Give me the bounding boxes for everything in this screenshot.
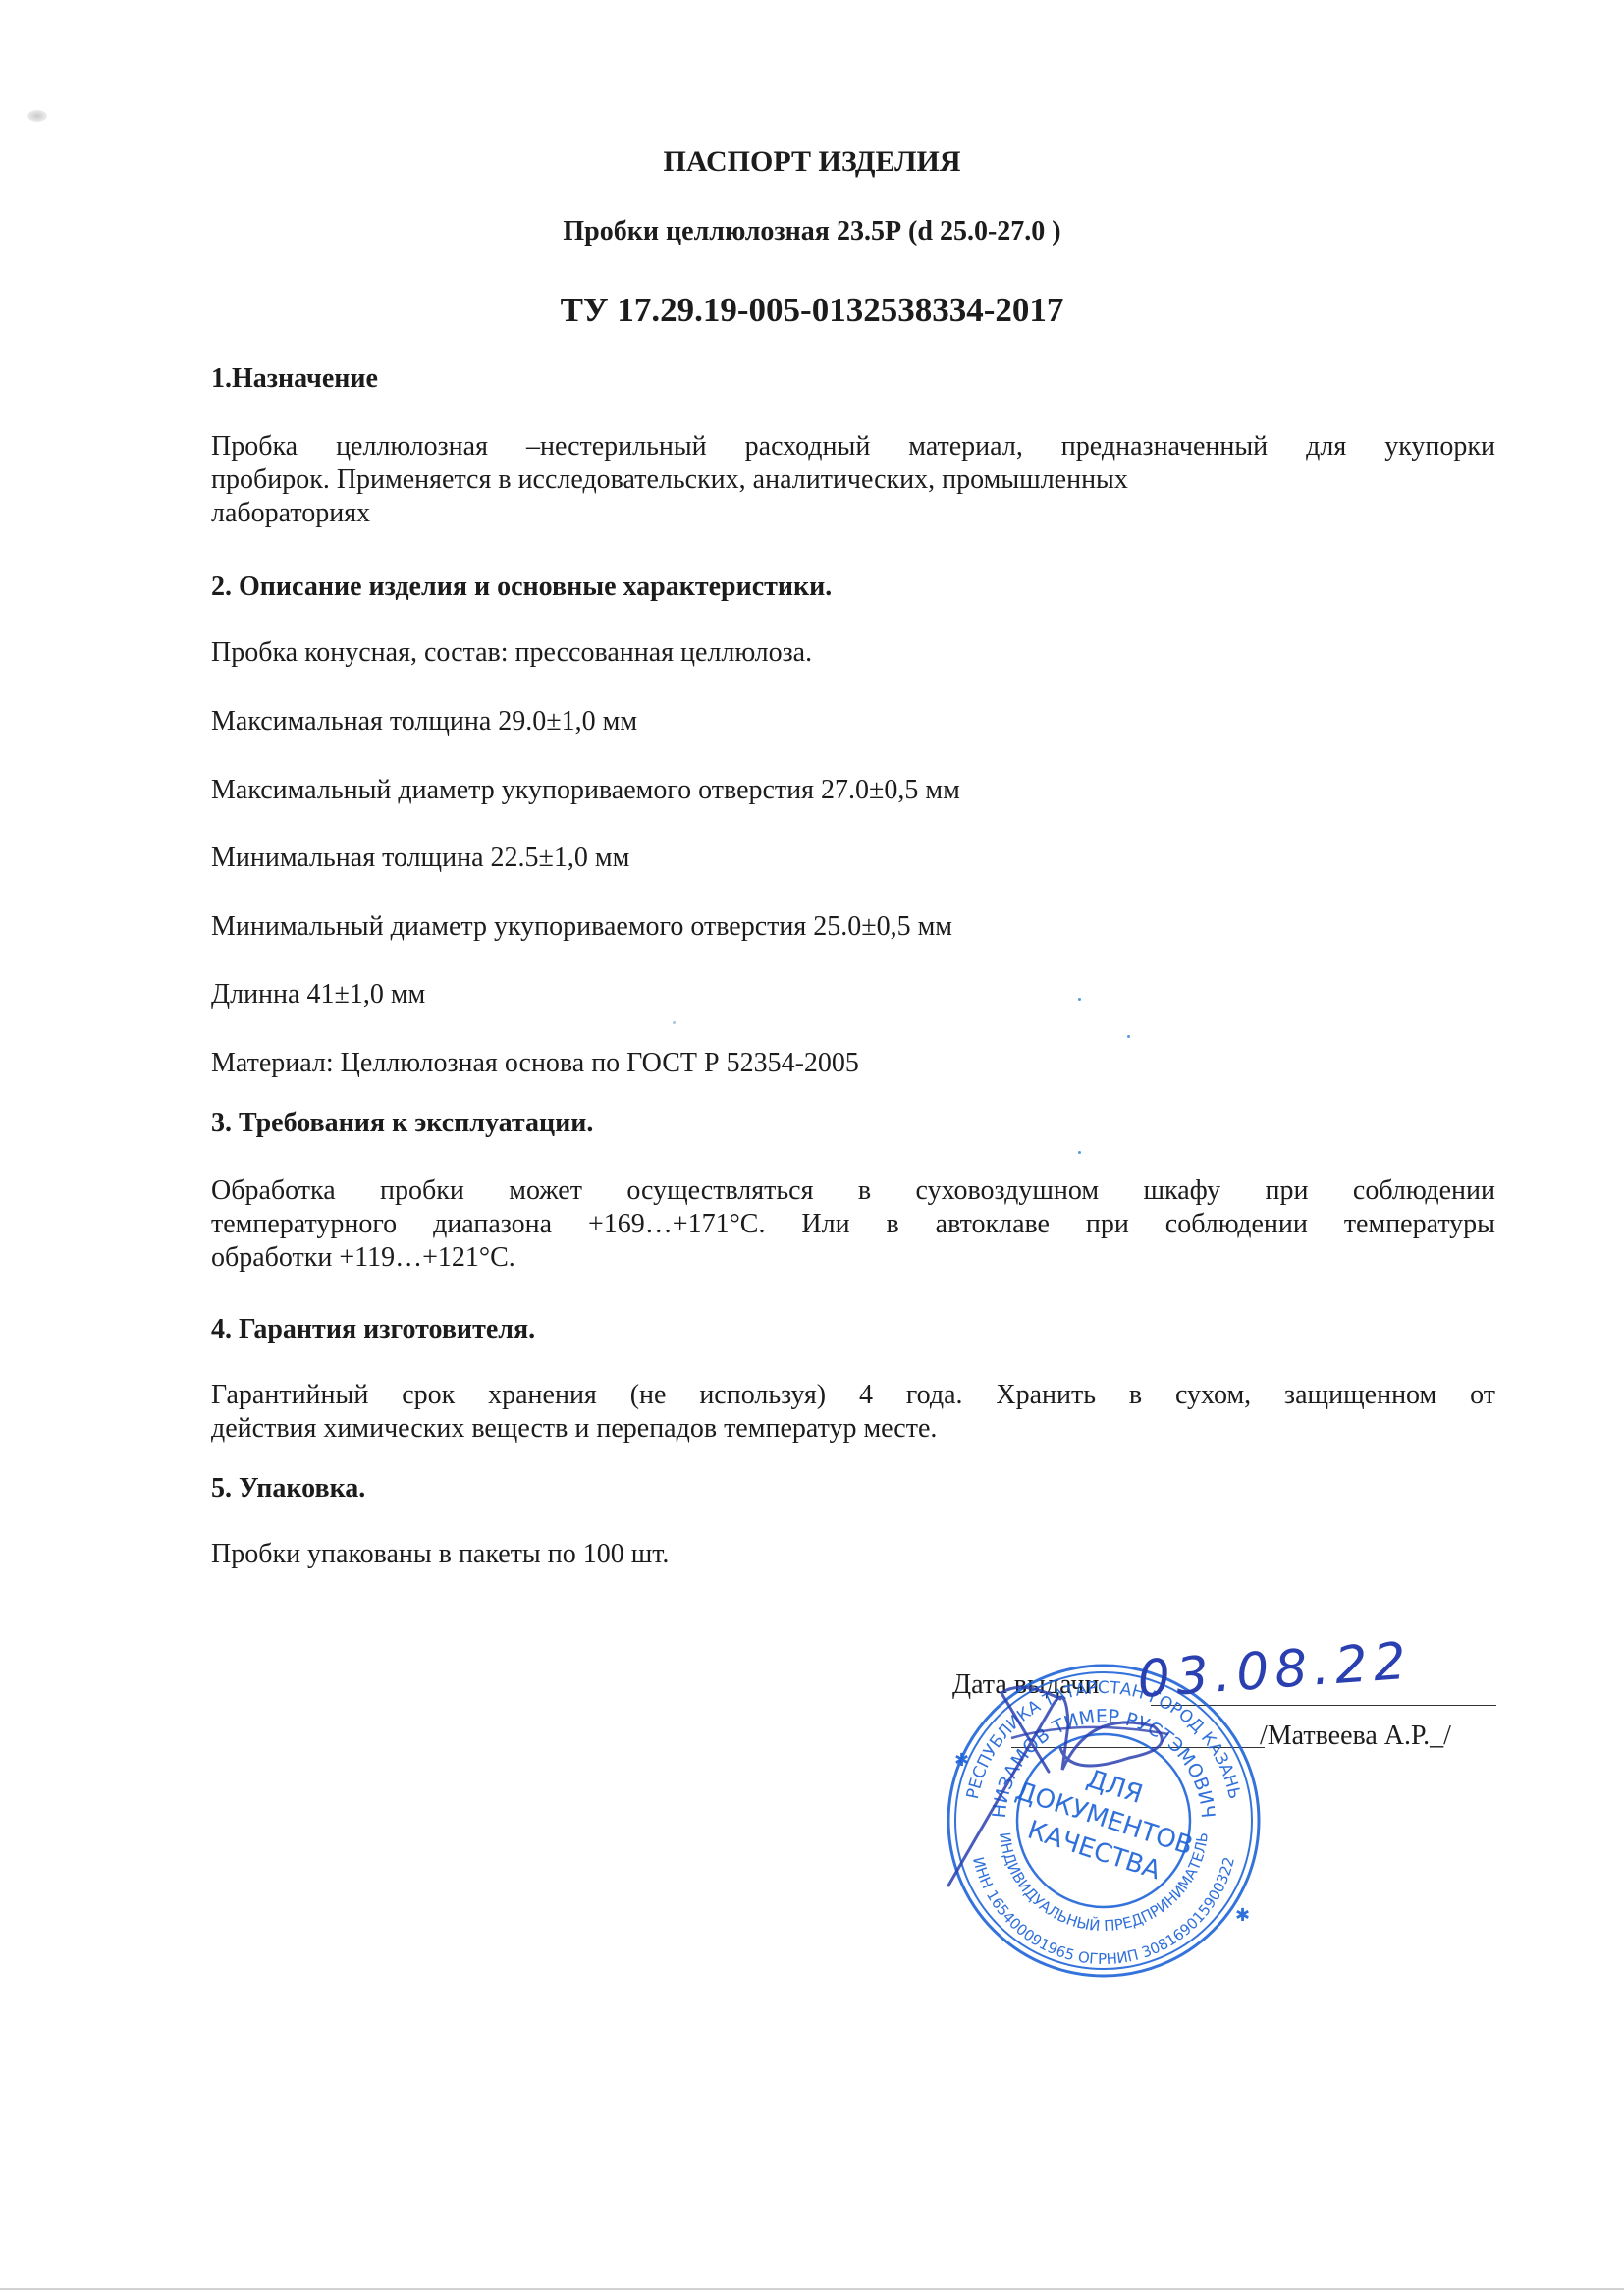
section-1-paragraph: Пробка целлюлозная –нестерильный расходн… [211, 430, 1495, 530]
scan-speck [1078, 1151, 1081, 1154]
packaging-text: Пробки упакованы в пакеты по 100 шт. [211, 1538, 669, 1571]
spec-item: Пробка конусная, состав: прессованная це… [211, 636, 812, 670]
section-5-heading: 5. Упаковка. [211, 1473, 365, 1504]
spec-item: Материал: Целлюлозная основа по ГОСТ Р 5… [211, 1047, 859, 1080]
section-4-heading: 4. Гарантия изготовителя. [211, 1314, 535, 1345]
scan-smudge [27, 110, 47, 122]
paragraph-line: температурного диапазона +169…+171°С. Ил… [211, 1208, 1495, 1241]
section-4-paragraph: Гарантийный срок хранения (не используя)… [211, 1379, 1495, 1446]
paragraph-line: Гарантийный срок хранения (не используя)… [211, 1379, 1495, 1412]
spec-item: Максимальная толщина 29.0±1,0 мм [211, 705, 637, 738]
paragraph-line: лабораториях [211, 497, 1495, 530]
spec-code: ТУ 17.29.19-005-0132538334-2017 [0, 291, 1624, 330]
paragraph-line: пробирок. Применяется в исследовательски… [211, 464, 1495, 497]
section-3-paragraph: Обработка пробки может осуществляться в … [211, 1175, 1495, 1275]
paragraph-line: Пробка целлюлозная –нестерильный расходн… [211, 430, 1495, 464]
spec-item: Длинна 41±1,0 мм [211, 978, 425, 1011]
scan-speck [673, 1021, 676, 1024]
signature-scribble [943, 1640, 1257, 1895]
spec-item: Минимальный диаметр укупориваемого отвер… [211, 910, 952, 944]
svg-text:✱: ✱ [1235, 1905, 1250, 1926]
document-title: ПАСПОРТ ИЗДЕЛИЯ [0, 145, 1624, 179]
section-2-heading: 2. Описание изделия и основные характери… [211, 572, 832, 603]
spec-item: Максимальный диаметр укупориваемого отве… [211, 774, 960, 807]
document-subtitle: Пробки целлюлозная 23.5Р (d 25.0-27.0 ) [0, 216, 1624, 247]
paragraph-line: действия химических веществ и перепадов … [211, 1412, 1495, 1446]
section-3-heading: 3. Требования к эксплуатации. [211, 1108, 593, 1139]
section-1-heading: 1.Назначение [211, 363, 378, 395]
paragraph-line: обработки +119…+121°С. [211, 1241, 1495, 1275]
scan-speck [1127, 1035, 1130, 1038]
spec-item: Минимальная толщина 22.5±1,0 мм [211, 842, 629, 875]
paragraph-line: Обработка пробки может осуществляться в … [211, 1175, 1495, 1208]
scan-speck [1078, 998, 1081, 1001]
page-bottom-edge [0, 2288, 1624, 2290]
